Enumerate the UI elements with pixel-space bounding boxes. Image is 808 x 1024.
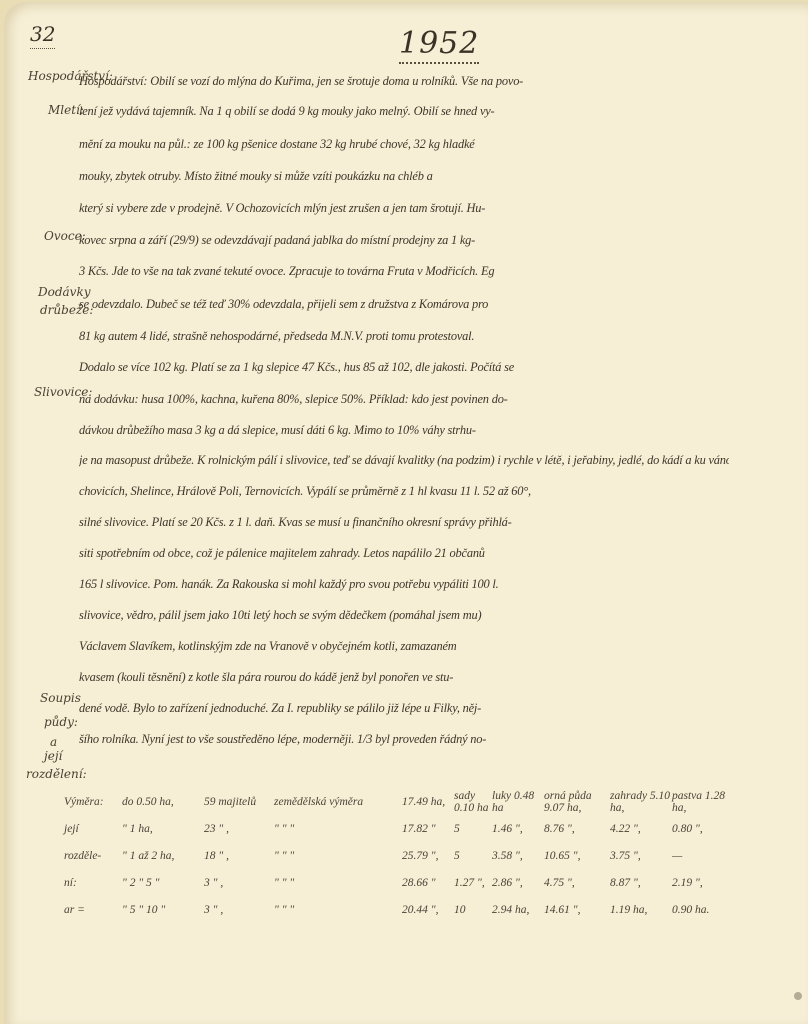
table-cell: " " " (274, 904, 402, 916)
ink-stain (794, 992, 802, 1000)
notebook-page: 32 1952 Hospodářství: Mletí: Ovoce: Dodá… (4, 2, 808, 1024)
margin-label-jeji: její (44, 748, 62, 764)
text-line: chovicích, Shelince, Hrálově Poli, Terno… (79, 484, 729, 499)
table-cell: 25.79 ", (402, 850, 454, 862)
table-cell: 3 " , (204, 877, 274, 889)
page-number: 32 (30, 22, 55, 49)
margin-label-rozdeleni: rozdělení: (26, 766, 87, 782)
table-cell: ní: (64, 877, 122, 889)
text-line: kvasem (kouli těsnění) z kotle šla pára … (79, 670, 729, 685)
text-line: dávkou drůbežího masa 3 kg a dá slepice,… (79, 423, 729, 438)
text-line: Hospodářství: Obilí se vozí do mlýna do … (79, 74, 729, 89)
table-row: Výměra: do 0.50 ha, 59 majitelů zeměděls… (64, 788, 744, 815)
table-cell: 5 (454, 850, 492, 862)
text-line: kovec srpna a září (29/9) se odevzdávají… (79, 233, 729, 248)
table-cell: 8.76 ", (544, 823, 610, 835)
table-row: rozděle- " 1 až 2 ha, 18 " , " " " 25.79… (64, 842, 744, 869)
table-cell: luky 0.48 ha (492, 790, 544, 814)
land-area-table: Výměra: do 0.50 ha, 59 majitelů zeměděls… (64, 788, 744, 923)
table-cell: orná půda 9.07 ha, (544, 790, 610, 814)
table-cell: " " " (274, 877, 402, 889)
table-cell: 5 (454, 823, 492, 835)
table-cell: 23 " , (204, 823, 274, 835)
text-line: který si vybere zde v prodejně. V Ochozo… (79, 201, 729, 216)
table-row: její " 1 ha, 23 " , " " " 17.82 " 5 1.46… (64, 815, 744, 842)
table-cell: 2.94 ha, (492, 904, 544, 916)
table-cell: " 1 až 2 ha, (122, 850, 204, 862)
text-line: na dodávku: husa 100%, kachna, kuřena 80… (79, 392, 729, 407)
page-year-heading: 1952 (399, 26, 479, 64)
text-line: lení jež vydává tajemník. Na 1 q obilí s… (79, 104, 729, 119)
table-cell: " " " (274, 823, 402, 835)
table-cell: 4.22 ", (610, 823, 672, 835)
table-cell: 0.80 ", (672, 823, 732, 835)
text-line: silné slivovice. Platí se 20 Kčs. z 1 l.… (79, 515, 729, 530)
table-cell: — (672, 850, 732, 862)
table-cell: 3.75 ", (610, 850, 672, 862)
table-cell: 10.65 ", (544, 850, 610, 862)
text-line: Václavem Slavíkem, kotlinskýjm zde na Vr… (79, 639, 729, 654)
table-cell: 2.19 ", (672, 877, 732, 889)
table-cell: 2.86 ", (492, 877, 544, 889)
text-line: šího rolníka. Nyní jest to vše soustředě… (79, 732, 729, 747)
table-cell: 14.61 ", (544, 904, 610, 916)
table-cell: 17.82 " (402, 823, 454, 835)
table-cell: ar = (64, 904, 122, 916)
text-line: 81 kg autem 4 lidé, strašně nehospodárné… (79, 329, 729, 344)
text-line: Dodalo se více 102 kg. Platí se za 1 kg … (79, 360, 729, 375)
table-cell: 28.66 " (402, 877, 454, 889)
table-cell: 1.46 ", (492, 823, 544, 835)
text-line: dené vodě. Bylo to zařízení jednoduché. … (79, 701, 729, 716)
table-cell: 20.44 ", (402, 904, 454, 916)
table-cell: 4.75 ", (544, 877, 610, 889)
text-line: siti spotřebním od obce, což je pálenice… (79, 546, 729, 561)
table-cell: 1.19 ha, (610, 904, 672, 916)
table-cell: zahrady 5.10 ha, (610, 790, 672, 814)
text-line: mouky, zbytek otruby. Místo žitné mouky … (79, 169, 729, 184)
table-cell: sady 0.10 ha (454, 790, 492, 814)
table-cell: " 5 " 10 " (122, 904, 204, 916)
text-line: 3 Kčs. Jde to vše na tak zvané tekuté ov… (79, 264, 729, 279)
text-line: slivovice, vědro, pálil jsem jako 10ti l… (79, 608, 729, 623)
text-line: 165 l slivovice. Pom. hanák. Za Rakouska… (79, 577, 729, 592)
table-cell: 8.87 ", (610, 877, 672, 889)
text-line: se odevzdalo. Dubeč se též teď 30% odevz… (79, 297, 729, 312)
table-cell: " 1 ha, (122, 823, 204, 835)
table-cell: 17.49 ha, (402, 796, 454, 808)
table-row: ar = " 5 " 10 " 3 " , " " " 20.44 ", 10 … (64, 896, 744, 923)
table-cell: zemědělská výměra (274, 796, 402, 808)
table-row: ní: " 2 " 5 " 3 " , " " " 28.66 " 1.27 "… (64, 869, 744, 896)
table-cell: 3.58 ", (492, 850, 544, 862)
table-cell: 3 " , (204, 904, 274, 916)
text-line: mění za mouku na půl.: ze 100 kg pšenice… (79, 137, 729, 152)
table-cell: 1.27 ", (454, 877, 492, 889)
margin-label-soupis: Soupis (40, 690, 81, 706)
table-cell: její (64, 823, 122, 835)
table-cell: pastva 1.28 ha, (672, 790, 732, 814)
text-line: je na masopust drůbeže. K rolnickým pálí… (79, 453, 729, 468)
table-cell: Výměra: (64, 796, 122, 808)
table-cell: 10 (454, 904, 492, 916)
table-cell: rozděle- (64, 850, 122, 862)
margin-label-pudy: půdy: (44, 714, 78, 730)
table-cell: do 0.50 ha, (122, 796, 204, 808)
table-cell: 0.90 ha. (672, 904, 732, 916)
table-cell: " " " (274, 850, 402, 862)
table-cell: " 2 " 5 " (122, 877, 204, 889)
table-cell: 18 " , (204, 850, 274, 862)
table-cell: 59 majitelů (204, 796, 274, 808)
